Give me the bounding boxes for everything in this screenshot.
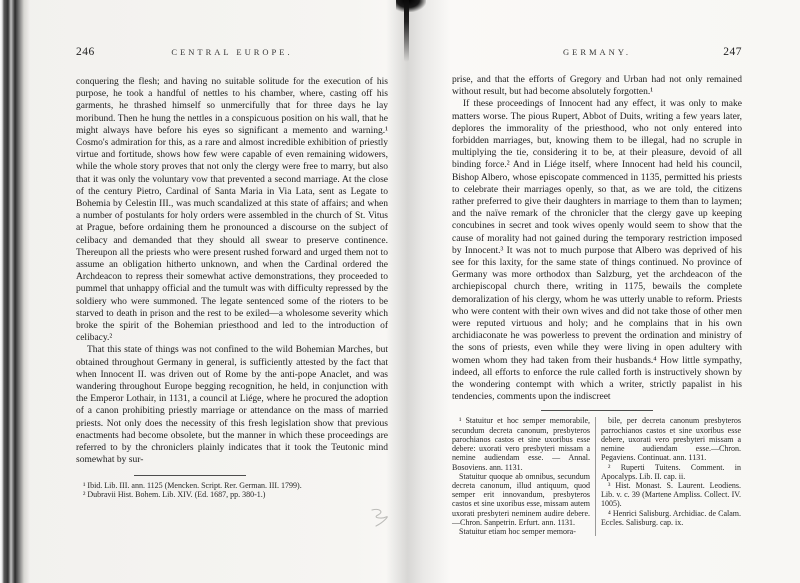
page-right: GERMANY. 247 prise, and that the efforts… <box>452 46 742 536</box>
left-footnotes: ¹ Ibid. Lib. III. ann. 1125 (Mencken. Sc… <box>76 481 388 500</box>
right-page-body: prise, and that the efforts of Gregory a… <box>452 74 742 403</box>
right-page-number: 247 <box>696 46 742 58</box>
right-footnote-3: ³ Hist. Monast. S. Laurent. Leodiens. Li… <box>601 481 741 509</box>
right-footnotes: ¹ Statuitur et hoc semper memorabile, se… <box>452 416 742 536</box>
right-footnote-rule <box>541 410 653 411</box>
spine-gutter-shadow <box>386 0 450 583</box>
book-scan: 246 CENTRAL EUROPE. conquering the flesh… <box>0 0 800 583</box>
right-footnote-1-end: bile, per decreta canonum presbyteros pa… <box>601 416 741 462</box>
left-footnote-2: ² Dubravii Hist. Bohem. Lib. XIV. (Ed. 1… <box>76 490 388 500</box>
book-left-edge <box>0 0 30 583</box>
left-page-number: 246 <box>76 46 122 58</box>
left-page-body: conquering the flesh; and having no suit… <box>76 76 388 467</box>
left-footnote-rule <box>134 475 246 476</box>
left-running-header: CENTRAL EUROPE. <box>122 47 342 57</box>
right-paragraph-2: If these proceedings of Innocent had any… <box>452 98 742 403</box>
left-footnote-1: ¹ Ibid. Lib. III. ann. 1125 (Mencken. Sc… <box>76 481 388 491</box>
pen-mark <box>366 506 392 530</box>
right-footnote-4: ⁴ Henrici Salisburg. Archidiac. de Calam… <box>601 509 741 527</box>
right-footnote-1-cont2: Statuitur etiam hoc semper memora- <box>452 527 590 536</box>
left-paragraph-1: conquering the flesh; and having no suit… <box>76 76 388 344</box>
right-footnote-1-cont: Statuitur quoque ab omnibus, secundum de… <box>452 472 590 527</box>
right-footnote-2: ² Ruperti Tuitens. Comment. in Apocalyps… <box>601 463 741 481</box>
right-footnote-column-right: bile, per decreta canonum presbyteros pa… <box>601 416 741 536</box>
right-paragraph-1: prise, and that the efforts of Gregory a… <box>452 74 742 98</box>
spine-top-line <box>404 0 409 62</box>
left-paragraph-2: That this state of things was not confin… <box>76 344 388 466</box>
spine-top-shadow <box>396 0 426 12</box>
footnote-column-divider <box>595 417 596 536</box>
right-page-header: GERMANY. 247 <box>452 46 742 61</box>
left-page-header: 246 CENTRAL EUROPE. <box>76 46 388 61</box>
right-running-header: GERMANY. <box>498 47 696 57</box>
right-footnote-column-left: ¹ Statuitur et hoc semper memorabile, se… <box>452 416 590 536</box>
right-footnote-1: ¹ Statuitur et hoc semper memorabile, se… <box>452 416 590 471</box>
page-left: 246 CENTRAL EUROPE. conquering the flesh… <box>76 46 388 500</box>
